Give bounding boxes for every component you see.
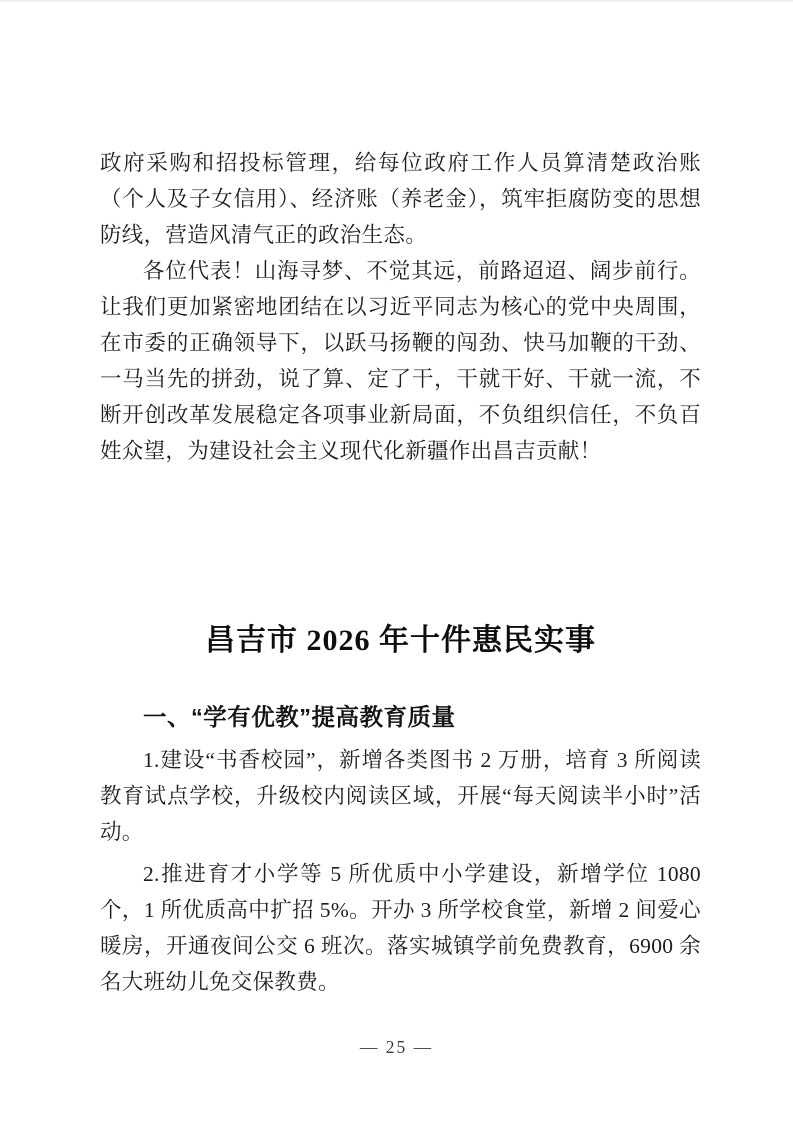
paragraph-closing-remarks: 各位代表！山海寻梦、不觉其远，前路迢迢、阔步前行。让我们更加紧密地团结在以习近平… <box>100 253 701 469</box>
text-block: 政府采购和招投标管理，给每位政府工作人员算清楚政治账（个人及子女信用）、经济账（… <box>100 145 701 1000</box>
section-title: 昌吉市 2026 年十件惠民实事 <box>100 620 701 662</box>
document-page: 政府采购和招投标管理，给每位政府工作人员算清楚政治账（个人及子女信用）、经济账（… <box>0 0 793 1122</box>
list-item-1: 1.建设“书香校园”，新增各类图书 2 万册，培育 3 所阅读教育试点学校，升级… <box>100 742 701 850</box>
subsection-heading: 一、“学有优教”提高教育质量 <box>100 699 701 735</box>
list-item-2: 2.推进育才小学等 5 所优质中小学建设，新增学位 1080 个，1 所优质高中… <box>100 856 701 1000</box>
page-number: — 25 — <box>0 1034 793 1060</box>
paragraph-continuation: 政府采购和招投标管理，给每位政府工作人员算清楚政治账（个人及子女信用）、经济账（… <box>100 145 701 253</box>
